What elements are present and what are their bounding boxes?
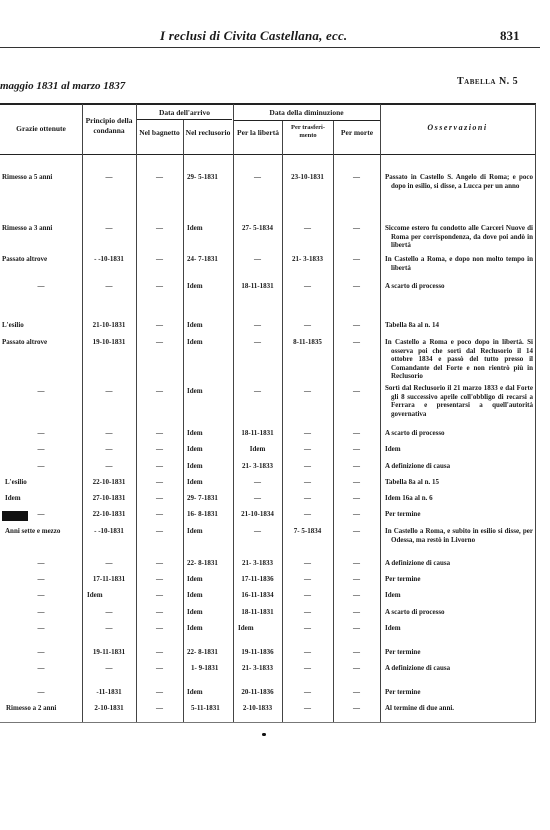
cell-principio: — (82, 429, 136, 438)
cell-morte: — (333, 648, 380, 657)
osservazioni-text: Tabella 8a al n. 15 (385, 478, 533, 487)
cell-reclusorio: 22- 8-1831 (187, 559, 233, 568)
cell-osservazioni: Per termine (385, 688, 533, 697)
cell-bagnetto: — (136, 338, 183, 347)
cell-liberta: — (233, 321, 282, 330)
cell-morte: — (333, 704, 380, 713)
cell-reclusorio: Idem (187, 338, 233, 347)
cell-liberta: — (233, 478, 282, 487)
cell-bagnetto: — (136, 462, 183, 471)
cell-trasferimento: — (282, 387, 333, 396)
cell-reclusorio: Idem (187, 624, 233, 633)
osservazioni-text: A scarto di processo (385, 608, 533, 617)
cell-morte: — (333, 387, 380, 396)
cell-morte: — (333, 445, 380, 454)
cell-grazie: Idem (5, 494, 87, 503)
cell-bagnetto: — (136, 527, 183, 536)
osservazioni-text: A definizione di causa (385, 664, 533, 673)
cell-trasferimento: — (282, 224, 333, 233)
cell-grazie: — (0, 624, 82, 633)
cell-reclusorio: 16- 8-1831 (187, 510, 233, 519)
cell-principio: 21-10-1831 (82, 321, 136, 330)
cell-liberta: Idem (233, 445, 282, 454)
cell-osservazioni: Idem (385, 445, 533, 454)
cell-reclusorio: 22- 8-1831 (187, 648, 233, 657)
cell-trasferimento: 8-11-1835 (282, 338, 333, 347)
cell-trasferimento: — (282, 445, 333, 454)
osservazioni-text: Sortì dal Reclusorio il 21 marzo 1833 e … (385, 384, 533, 418)
osservazioni-text: Idem (385, 591, 533, 600)
cell-reclusorio: Idem (187, 224, 233, 233)
cell-principio: Idem (82, 591, 141, 600)
cell-osservazioni: Per termine (385, 575, 533, 584)
cell-liberta: — (233, 527, 282, 536)
osservazioni-text: Idem 16a al n. 6 (385, 494, 533, 503)
table-top-rule (0, 103, 536, 105)
cell-reclusorio: Idem (187, 478, 233, 487)
osservazioni-text: In Castello a Roma, e dopo non molto tem… (385, 255, 533, 272)
cell-liberta: 19-11-1836 (233, 648, 282, 657)
cell-morte: — (333, 559, 380, 568)
cell-liberta: 21-10-1834 (233, 510, 282, 519)
cell-bagnetto: — (136, 624, 183, 633)
cell-trasferimento: — (282, 510, 333, 519)
cell-grazie: Rimesso a 3 anni (2, 224, 84, 233)
cell-osservazioni: Sortì dal Reclusorio il 21 marzo 1833 e … (385, 384, 533, 418)
cell-bagnetto: — (136, 282, 183, 291)
cell-trasferimento: — (282, 282, 333, 291)
cell-liberta: 18-11-1831 (233, 282, 282, 291)
cell-reclusorio: Idem (187, 387, 233, 396)
osservazioni-text: A definizione di causa (385, 559, 533, 568)
cell-bagnetto: — (136, 445, 183, 454)
cell-morte: — (333, 591, 380, 600)
cell-trasferimento: — (282, 559, 333, 568)
cell-morte: — (333, 255, 380, 264)
cell-bagnetto: — (136, 494, 183, 503)
header-per-trasferimento: Per trasferi-mento (285, 124, 331, 140)
cell-bagnetto: — (136, 224, 183, 233)
cell-grazie: — (0, 510, 82, 519)
cell-morte: — (333, 478, 380, 487)
osservazioni-text: Idem (385, 445, 533, 454)
cell-grazie: — (0, 429, 82, 438)
cell-grazie: — (0, 445, 82, 454)
cell-osservazioni: Siccome estero fu condotto alle Carceri … (385, 224, 533, 250)
cell-reclusorio: Idem (187, 575, 233, 584)
osservazioni-text: Passato in Castello S. Angelo di Roma; e… (385, 173, 533, 190)
cell-principio: — (82, 462, 136, 471)
cell-liberta: 20-11-1836 (233, 688, 282, 697)
cell-bagnetto: — (136, 478, 183, 487)
cell-bagnetto: — (136, 559, 183, 568)
header-rule (0, 47, 540, 48)
cell-bagnetto: — (136, 321, 183, 330)
cell-trasferimento: — (282, 648, 333, 657)
cell-reclusorio: Idem (187, 321, 233, 330)
cell-morte: — (333, 494, 380, 503)
cell-trasferimento: — (282, 478, 333, 487)
osservazioni-text: Per termine (385, 648, 533, 657)
header-diminuzione-group: Data della diminuzione (233, 108, 380, 118)
cell-reclusorio: Idem (187, 527, 233, 536)
cell-bagnetto: — (136, 387, 183, 396)
cell-principio: — (82, 387, 136, 396)
cell-grazie: — (0, 591, 82, 600)
table-right-border (535, 104, 536, 722)
cell-grazie: Anni sette e mezzo (5, 527, 87, 536)
cell-osservazioni: Per termine (385, 648, 533, 657)
osservazioni-text: Idem (385, 624, 533, 633)
cell-reclusorio: Idem (187, 608, 233, 617)
header-per-morte: Per morte (336, 128, 378, 138)
cell-liberta: 18-11-1831 (233, 429, 282, 438)
osservazioni-text: A definizione di causa (385, 462, 533, 471)
cell-trasferimento: — (282, 462, 333, 471)
cell-osservazioni: Tabella 8a al n. 14 (385, 321, 533, 330)
cell-trasferimento: — (282, 321, 333, 330)
cell-morte: — (333, 527, 380, 536)
cell-morte: — (333, 608, 380, 617)
header-grazie: Grazie ottenute (0, 124, 82, 134)
cell-bagnetto: — (136, 173, 183, 182)
cell-principio: -11-1831 (82, 688, 136, 697)
cell-bagnetto: — (136, 429, 183, 438)
cell-principio: 19-11-1831 (82, 648, 136, 657)
cell-reclusorio: Idem (187, 591, 233, 600)
cell-morte: — (333, 664, 380, 673)
cell-morte: — (333, 462, 380, 471)
cell-principio: - -10-1831 (82, 255, 136, 264)
cell-liberta: 17-11-1836 (233, 575, 282, 584)
cell-osservazioni: Idem (385, 624, 533, 633)
cell-liberta: 21- 3-1833 (233, 462, 282, 471)
osservazioni-text: Per termine (385, 575, 533, 584)
cell-morte: — (333, 282, 380, 291)
cell-osservazioni: Passato in Castello S. Angelo di Roma; e… (385, 173, 533, 190)
cell-principio: — (82, 445, 136, 454)
table-label: Tabella N. 5 (457, 76, 518, 87)
header-arrivo-group: Data dell'arrivo (136, 108, 233, 118)
cell-osservazioni: Idem 16a al n. 6 (385, 494, 533, 503)
cell-bagnetto: — (136, 255, 183, 264)
header-nel-bagnetto: Nel bagnetto (138, 128, 181, 138)
cell-liberta: — (233, 173, 282, 182)
cell-osservazioni: A definizione di causa (385, 664, 533, 673)
header-osservazioni: Osservazioni (380, 123, 535, 132)
cell-grazie: — (0, 387, 82, 396)
header-principio: Principio della condanna (84, 116, 134, 136)
cell-trasferimento: — (282, 664, 333, 673)
cell-grazie: — (0, 282, 82, 291)
cell-bagnetto: — (136, 648, 183, 657)
cell-grazie: — (0, 462, 82, 471)
cell-grazie: Rimesso a 2 anni (6, 704, 88, 713)
cell-principio: 22-10-1831 (82, 478, 136, 487)
header-per-liberta: Per la libertà (236, 128, 280, 138)
osservazioni-text: In Castello a Roma e poco dopo in libert… (385, 338, 533, 381)
cell-reclusorio: 24- 7-1831 (187, 255, 233, 264)
cell-bagnetto: — (136, 510, 183, 519)
cell-liberta: — (233, 387, 282, 396)
cell-bagnetto: — (136, 704, 183, 713)
cell-principio: — (82, 173, 136, 182)
cell-principio: 2-10-1831 (82, 704, 136, 713)
cell-osservazioni: Per termine (385, 510, 533, 519)
ink-speck (262, 733, 266, 736)
cell-principio: 27-10-1831 (82, 494, 136, 503)
osservazioni-text: A scarto di processo (385, 282, 533, 291)
cell-principio: — (82, 664, 136, 673)
running-title: I reclusi di Civita Castellana, ecc. (160, 28, 347, 44)
osservazioni-text: In Castello a Roma, e subito in esilio s… (385, 527, 533, 544)
cell-liberta: — (233, 494, 282, 503)
page-number: 831 (500, 28, 520, 44)
cell-grazie: — (0, 664, 82, 673)
cell-morte: — (333, 688, 380, 697)
cell-trasferimento: — (282, 624, 333, 633)
diminuzione-group-rule (233, 120, 380, 121)
osservazioni-text: Per termine (385, 510, 533, 519)
cell-grazie: — (0, 648, 82, 657)
cell-reclusorio: Idem (187, 429, 233, 438)
cell-trasferimento: 21- 3-1833 (282, 255, 333, 264)
cell-principio: 17-11-1831 (82, 575, 136, 584)
cell-principio: — (82, 608, 136, 617)
cell-osservazioni: Tabella 8a al n. 15 (385, 478, 533, 487)
cell-bagnetto: — (136, 575, 183, 584)
cell-morte: — (333, 338, 380, 347)
cell-bagnetto: — (136, 664, 183, 673)
cell-reclusorio: Idem (187, 688, 233, 697)
cell-principio: 19-10-1831 (82, 338, 136, 347)
cell-bagnetto: — (136, 608, 183, 617)
cell-morte: — (333, 575, 380, 584)
cell-liberta: 18-11-1831 (233, 608, 282, 617)
osservazioni-text: Siccome estero fu condotto alle Carceri … (385, 224, 533, 250)
cell-morte: — (333, 224, 380, 233)
cell-reclusorio: Idem (187, 462, 233, 471)
cell-reclusorio: 29- 5-1831 (187, 173, 233, 182)
cell-trasferimento: — (282, 494, 333, 503)
cell-reclusorio: 1- 9-1831 (187, 664, 237, 673)
cell-liberta: 27- 5-1834 (233, 224, 282, 233)
cell-morte: — (333, 321, 380, 330)
cell-osservazioni: In Castello a Roma e poco dopo in libert… (385, 338, 533, 381)
cell-trasferimento: 7- 5-1834 (282, 527, 333, 536)
cell-grazie: L'esilio (5, 478, 87, 487)
osservazioni-text: Per termine (385, 688, 533, 697)
cell-principio: — (82, 224, 136, 233)
cell-osservazioni: A scarto di processo (385, 282, 533, 291)
cell-reclusorio: Idem (187, 445, 233, 454)
cell-trasferimento: — (282, 688, 333, 697)
cell-reclusorio: 29- 7-1831 (187, 494, 233, 503)
osservazioni-text: Al termine di due anni. (385, 704, 533, 713)
cell-morte: — (333, 173, 380, 182)
cell-osservazioni: A definizione di causa (385, 559, 533, 568)
cell-liberta: Idem (233, 624, 287, 633)
osservazioni-text: Tabella 8a al n. 14 (385, 321, 533, 330)
cell-liberta: — (233, 338, 282, 347)
cell-trasferimento: — (282, 608, 333, 617)
cell-trasferimento: 23-10-1831 (282, 173, 333, 182)
cell-principio: — (82, 624, 136, 633)
cell-bagnetto: — (136, 591, 183, 600)
cell-reclusorio: Idem (187, 282, 233, 291)
cell-grazie: Passato altrove (2, 338, 84, 347)
cell-reclusorio: 5-11-1831 (187, 704, 237, 713)
header-bottom-rule (0, 154, 536, 155)
cell-osservazioni: A scarto di processo (385, 608, 533, 617)
cell-trasferimento: — (282, 575, 333, 584)
cell-grazie: L'esilio (2, 321, 84, 330)
cell-grazie: — (0, 688, 82, 697)
cell-liberta: 21- 3-1833 (233, 664, 282, 673)
table-bottom-rule (0, 722, 536, 723)
cell-osservazioni: In Castello a Roma, e dopo non molto tem… (385, 255, 533, 272)
cell-osservazioni: A scarto di processo (385, 429, 533, 438)
cell-liberta: 16-11-1834 (233, 591, 282, 600)
cell-liberta: — (233, 255, 282, 264)
arrivo-group-rule (136, 119, 232, 120)
osservazioni-text: A scarto di processo (385, 429, 533, 438)
cell-grazie: — (0, 575, 82, 584)
cell-principio: — (82, 559, 136, 568)
cell-grazie: — (0, 559, 82, 568)
cell-principio: — (82, 282, 136, 291)
cell-trasferimento: — (282, 429, 333, 438)
cell-grazie: Rimesso a 5 anni (2, 173, 84, 182)
cell-liberta: 21- 3-1833 (233, 559, 282, 568)
cell-osservazioni: A definizione di causa (385, 462, 533, 471)
cell-morte: — (333, 624, 380, 633)
cell-osservazioni: In Castello a Roma, e subito in esilio s… (385, 527, 533, 544)
cell-osservazioni: Idem (385, 591, 533, 600)
cell-liberta: 2-10-1833 (233, 704, 282, 713)
cell-grazie: — (0, 608, 82, 617)
cell-trasferimento: — (282, 591, 333, 600)
table-subtitle: maggio 1831 al marzo 1837 (0, 80, 125, 92)
cell-principio: - -10-1831 (82, 527, 136, 536)
cell-morte: — (333, 429, 380, 438)
col-divider (183, 120, 184, 722)
cell-morte: — (333, 510, 380, 519)
header-nel-reclusorio: Nel reclusorio (185, 128, 231, 138)
cell-principio: 22-10-1831 (82, 510, 136, 519)
cell-osservazioni: Al termine di due anni. (385, 704, 533, 713)
cell-grazie: Passato altrove (2, 255, 84, 264)
cell-trasferimento: — (282, 704, 333, 713)
cell-bagnetto: — (136, 688, 183, 697)
col-divider (380, 104, 381, 722)
